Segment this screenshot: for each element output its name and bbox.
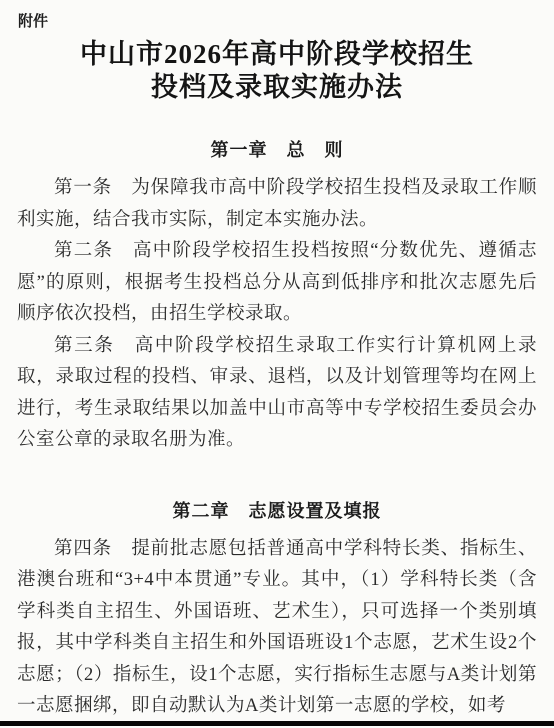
document-title-line1: 中山市2026年高中阶段学校招生 (0, 38, 554, 71)
chapter-1-heading: 第一章 总 则 (0, 140, 554, 161)
chapter-2-body: 第四条 提前批志愿包括普通高中学科特长类、指标生、港澳台班和“3+4中本贯通”专… (17, 534, 537, 723)
article-2: 第二条 高中阶段学校招生投档按照“分数优先、遵循志愿”的原则，根据考生投档总分从… (17, 236, 537, 331)
document-page: 附件 中山市2026年高中阶段学校招生 投档及录取实施办法 第一章 总 则 第一… (0, 0, 554, 728)
attachment-label: 附件 (0, 0, 554, 32)
chapter-2-heading: 第二章 志愿设置及填报 (0, 501, 554, 522)
document-title-line2: 投档及录取实施办法 (0, 71, 554, 104)
article-4: 第四条 提前批志愿包括普通高中学科特长类、指标生、港澳台班和“3+4中本贯通”专… (17, 534, 537, 723)
page-cutoff-bar (0, 721, 554, 726)
article-3: 第三条 高中阶段学校招生录取工作实行计算机网上录取，录取过程的投档、审录、退档，… (17, 331, 537, 457)
chapter-1-body: 第一条 为保障我市高中阶段学校招生投档及录取工作顺利实施，结合我市实际，制定本实… (17, 173, 537, 457)
article-1: 第一条 为保障我市高中阶段学校招生投档及录取工作顺利实施，结合我市实际，制定本实… (17, 173, 537, 236)
document-title: 中山市2026年高中阶段学校招生 投档及录取实施办法 (0, 38, 554, 104)
